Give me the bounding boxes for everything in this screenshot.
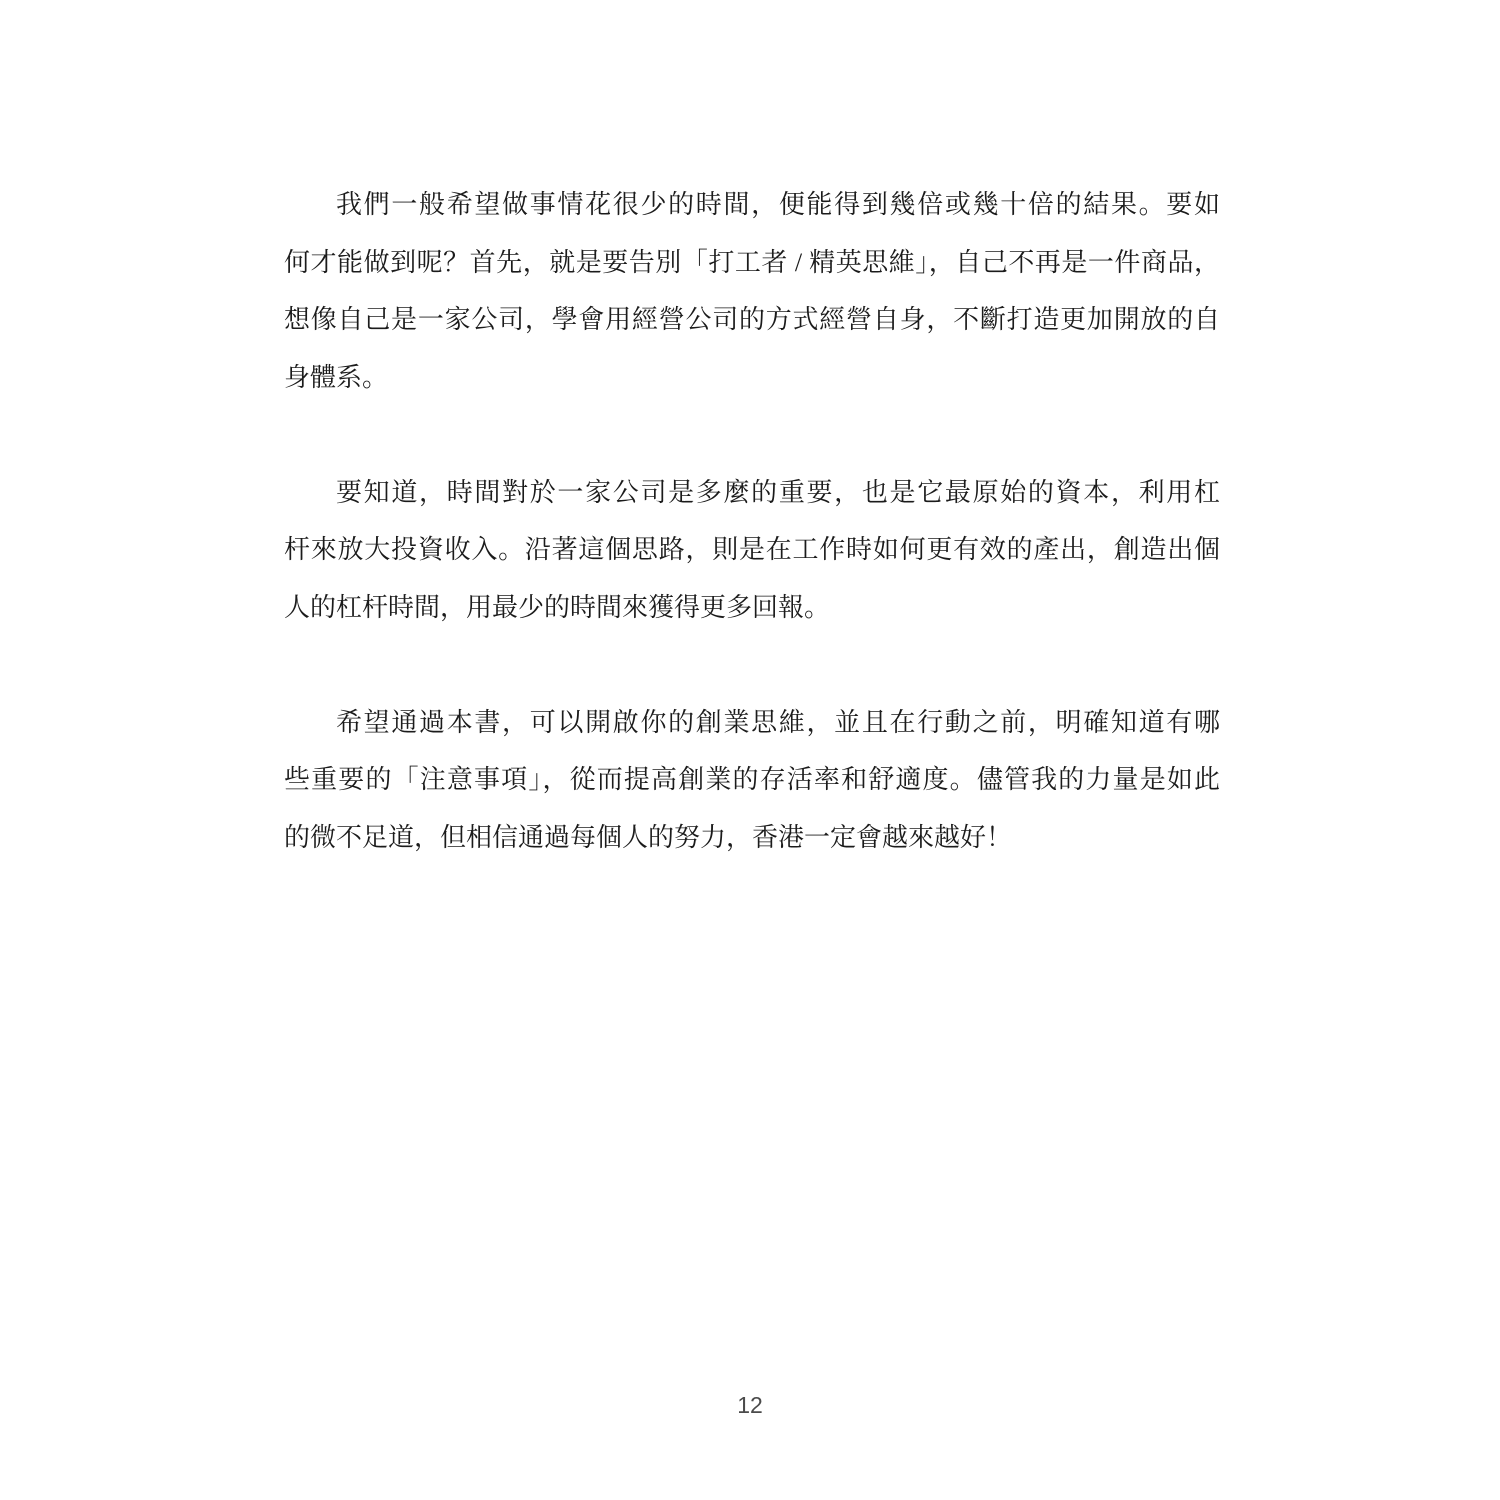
paragraph-2: 要知道，時間對於一家公司是多麼的重要，也是它最原始的資本，利用杠 杆來放大投資收…: [284, 464, 1220, 637]
text-line: 身體系。: [284, 349, 1220, 407]
text-line: 的微不足道，但相信通過每個人的努力，香港一定會越來越好！: [284, 809, 1220, 867]
paragraph-3: 希望通過本書，可以開啟你的創業思維，並且在行動之前，明確知道有哪 些重要的「注意…: [284, 694, 1220, 867]
page-number: 12: [0, 1392, 1500, 1419]
text-line: 想像自己是一家公司，學會用經營公司的方式經營自身，不斷打造更加開放的自: [284, 291, 1220, 349]
text-line: 我們一般希望做事情花很少的時間，便能得到幾倍或幾十倍的結果。要如: [284, 176, 1220, 234]
text-line: 人的杠杆時間，用最少的時間來獲得更多回報。: [284, 579, 1220, 637]
text-line: 要知道，時間對於一家公司是多麼的重要，也是它最原始的資本，利用杠: [284, 464, 1220, 522]
page-body-text: 我們一般希望做事情花很少的時間，便能得到幾倍或幾十倍的結果。要如 何才能做到呢？…: [284, 176, 1220, 866]
document-page: 我們一般希望做事情花很少的時間，便能得到幾倍或幾十倍的結果。要如 何才能做到呢？…: [0, 0, 1500, 1500]
paragraph-1: 我們一般希望做事情花很少的時間，便能得到幾倍或幾十倍的結果。要如 何才能做到呢？…: [284, 176, 1220, 406]
text-line: 杆來放大投資收入。沿著這個思路，則是在工作時如何更有效的產出，創造出個: [284, 521, 1220, 579]
text-line: 些重要的「注意事項」，從而提高創業的存活率和舒適度。儘管我的力量是如此: [284, 751, 1220, 809]
text-line: 希望通過本書，可以開啟你的創業思維，並且在行動之前，明確知道有哪: [284, 694, 1220, 752]
text-line: 何才能做到呢？首先，就是要告別「打工者 / 精英思維」，自己不再是一件商品，: [284, 234, 1220, 292]
